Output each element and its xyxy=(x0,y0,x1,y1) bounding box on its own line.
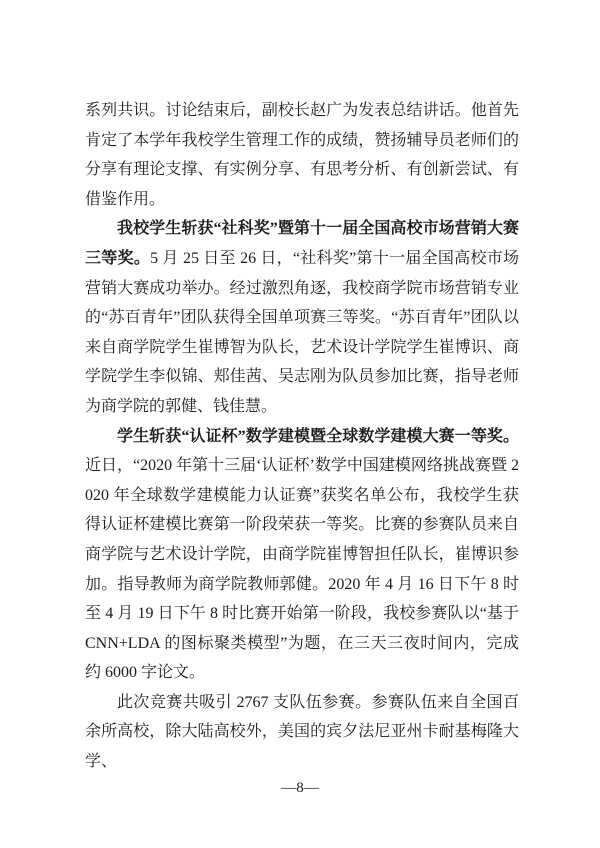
paragraph-1: 系列共识。讨论结束后，副校长赵广为发表总结讲话。他首先肯定了本学年我校学生管理工… xyxy=(85,96,519,214)
paragraph-3-lead-bold: 学生斩获“认证杯”数学建模暨全球数学建模大赛一等奖。 xyxy=(117,428,519,445)
document-page: 系列共识。讨论结束后，副校长赵广为发表总结讲话。他首先肯定了本学年我校学生管理工… xyxy=(0,0,600,848)
paragraph-3-text: 近日，“2020 年第十三届‘认证杯’数学中国建模网络挑战赛暨 2020 年全球… xyxy=(85,457,519,681)
paragraph-4: 此次竞赛共吸引 2767 支队伍参赛。参赛队伍来自全国百余所高校，除大陆高校外，… xyxy=(85,688,519,777)
paragraph-1-text: 系列共识。讨论结束后，副校长赵广为发表总结讲话。他首先肯定了本学年我校学生管理工… xyxy=(85,102,519,208)
paragraph-3: 学生斩获“认证杯”数学建模暨全球数学建模大赛一等奖。近日，“2020 年第十三届… xyxy=(85,422,519,688)
paragraph-2-text: 5 月 25 日至 26 日，“社科奖”第十一届全国高校市场营销大赛成功举办。经… xyxy=(85,250,519,415)
paragraph-2: 我校学生斩获“社科奖”暨第十一届全国高校市场营销大赛三等奖。5 月 25 日至 … xyxy=(85,214,519,421)
document-body: 系列共识。讨论结束后，副校长赵广为发表总结讲话。他首先肯定了本学年我校学生管理工… xyxy=(85,96,519,777)
page-number: —8— xyxy=(0,778,600,798)
paragraph-4-text: 此次竞赛共吸引 2767 支队伍参赛。参赛队伍来自全国百余所高校，除大陆高校外，… xyxy=(85,694,519,770)
